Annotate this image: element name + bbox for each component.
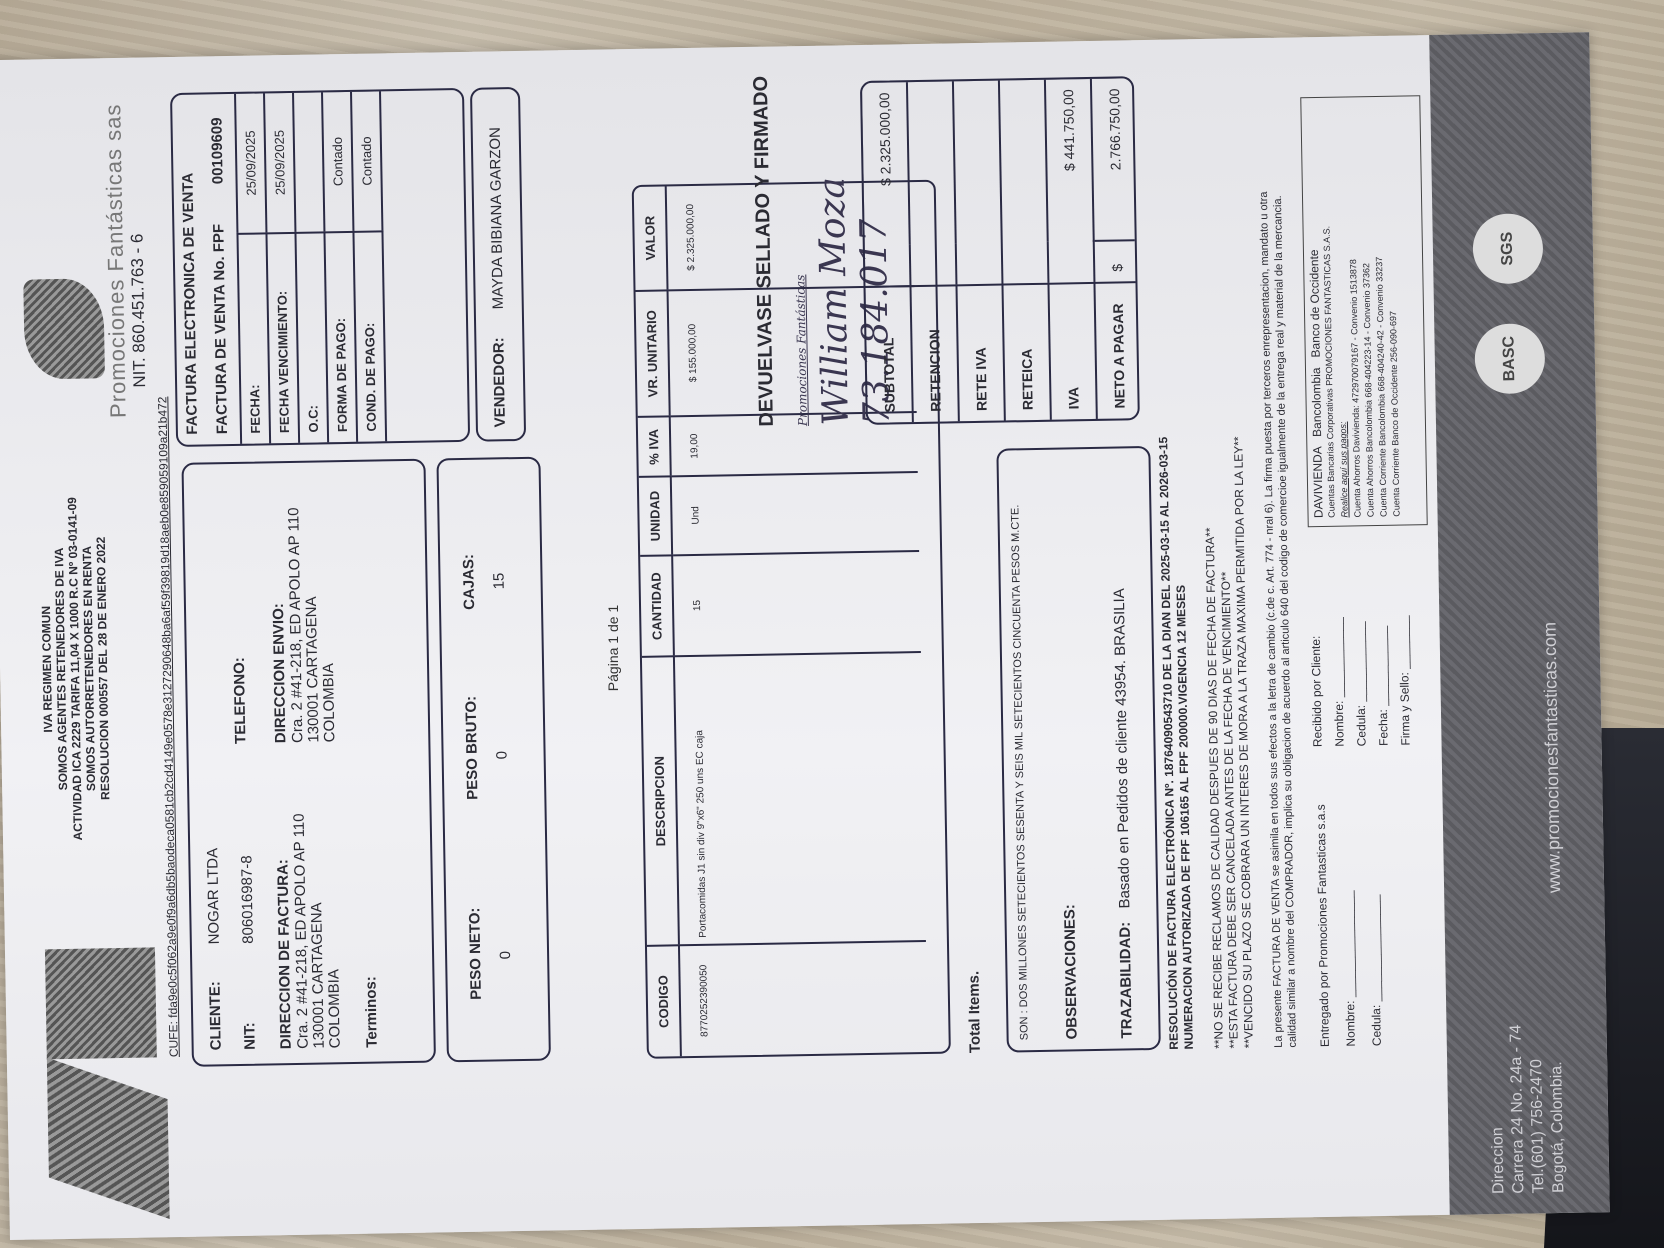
tax-header: IVA REGIMEN COMUN SOMOS AGENTES RETENEDO…	[36, 428, 114, 909]
received-by: Recibido por Cliente: Nombre: __________…	[1304, 615, 1416, 747]
company-website: www.promocionesfantasticas.com	[1539, 622, 1565, 893]
shipping-box: PESO NETO: 0 PESO BRUTO: 0 CAJAS: 15	[436, 457, 551, 1063]
seller-box: VENDEDOR: MAYDA BIBIANA GARZON	[470, 87, 526, 442]
total-row: IVA$ 441.750,00	[1045, 78, 1097, 421]
invoice-sheet: IVA REGIMEN COMUN SOMOS AGENTES RETENEDO…	[0, 32, 1610, 1240]
column-header: CANTIDAD	[640, 555, 674, 657]
traceability: Basado en Pedidos de cliente 43954. BRAS…	[1111, 588, 1134, 908]
sgs-badge: SGS	[1472, 213, 1543, 284]
column-header: DESCRIPCION	[642, 657, 679, 946]
total-row: RETE IVA	[953, 80, 1005, 423]
amount-in-words: SON : DOS MILLONES SETECIENTOS SESENTA Y…	[1009, 460, 1031, 1040]
column-header: CODIGO	[647, 945, 681, 1057]
totals-box: SUBTOTAL$ 2.325.000,00RETENCIONRETE IVAR…	[860, 76, 1140, 425]
legal-notes: **NO SE RECIBE RECLAMOS DE CALIDAD DESPU…	[1201, 436, 1257, 1049]
cufe-code: CUFE: fda9e0c5f062a9e0f9a6db5baodeca0581…	[155, 396, 181, 1057]
legal-text: La presente FACTURA DE VENTA se asimila …	[1255, 88, 1300, 1048]
bank-accounts: DAVIVIENDA Bancolombia Banco de Occident…	[1300, 95, 1427, 527]
column-header: VR. UNITARIO	[636, 290, 670, 417]
billing-address: Cra. 2 #41-218, ED APOLO AP 110 130001 C…	[292, 813, 344, 1049]
basc-badge: BASC	[1474, 323, 1545, 394]
total-row: SUBTOTAL$ 2.325.000,00	[861, 81, 913, 424]
invoice-photo: IVA REGIMEN COMUN SOMOS AGENTES RETENEDO…	[0, 32, 1610, 1240]
column-header: VALOR	[634, 186, 668, 290]
invoice-info-box: FACTURA ELECTRONICA DE VENTA FACTURA DE …	[170, 88, 470, 447]
total-row: RETEICA	[999, 79, 1051, 422]
page-number: Página 1 de 1	[605, 605, 621, 691]
shipping-address: Cra. 2 #41-218, ED APOLO AP 110 130001 C…	[286, 507, 338, 743]
total-row: RETENCION	[907, 80, 959, 423]
company-nit: NIT. 860.451.763 - 6	[127, 233, 150, 387]
company-address: Direccion Carrera 24 No. 24a - 74 Tel.(6…	[1486, 1024, 1569, 1194]
invoice-number: 00109609	[208, 117, 226, 184]
bancolombia-logo: Bancolombia	[1309, 367, 1324, 437]
client-box: CLIENTE: NOGAR LTDA NIT: 806016987-8 DIR…	[181, 459, 436, 1067]
company-logo-left	[47, 1057, 170, 1219]
client-name: NOGAR LTDA	[204, 848, 223, 945]
column-header: UNIDAD	[639, 476, 672, 555]
brand-logo-icon	[23, 278, 105, 379]
davivienda-logo: DAVIVIENDA	[1310, 447, 1325, 518]
footer-band: Direccion Carrera 24 No. 24a - 74 Tel.(6…	[1429, 32, 1610, 1215]
column-header: % IVA	[638, 417, 671, 477]
delivered-by: Entregado por Promociones Fantasticas s.…	[1308, 803, 1390, 1047]
dian-resolution: RESOLUCIÓN DE FACTURA ELECTRÓNICA Nº. 18…	[1156, 436, 1197, 1049]
total-row: NETO A PAGAR$2.766.750,00	[1091, 77, 1140, 420]
seller-name: MAYDA BIBIANA GARZON	[487, 127, 507, 310]
client-nit: 806016987-8	[238, 855, 257, 944]
invoice-info-row: COND. DE PAGO:Contado	[351, 90, 386, 442]
qr-code	[45, 947, 157, 1059]
return-stamp-title: DEVUELVASE SELLADO Y FIRMADO	[750, 76, 779, 427]
observations-box: SON : DOS MILLONES SETECIENTOS SESENTA Y…	[996, 446, 1161, 1053]
